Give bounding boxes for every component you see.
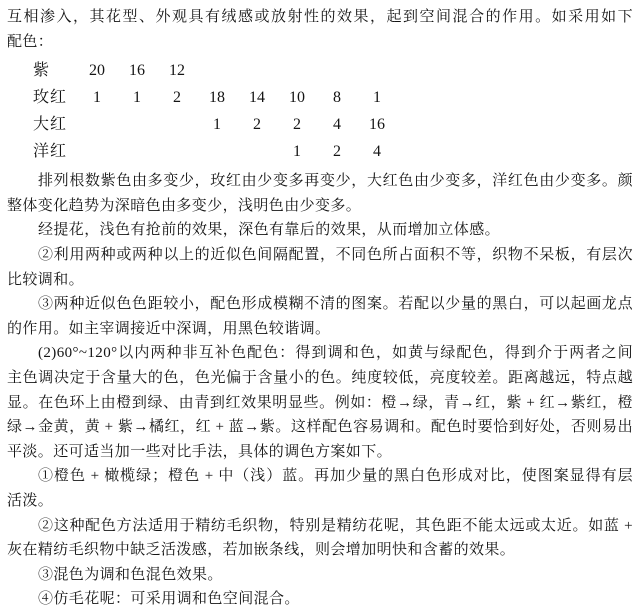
table-cell: 16 xyxy=(117,57,157,84)
table-cell: 20 xyxy=(77,57,117,84)
text-line: 显。在色环上由橙到绿、由青到红效果明显些。例如：橙→绿，青→红，紫 + 红→紫红… xyxy=(7,391,633,416)
table-cell: 2 xyxy=(237,111,277,138)
text-line: 的作用。如主宰调接近中深调，用黑色较谐调。 xyxy=(7,317,633,342)
color-ratio-table: 紫 20 16 12 玫红 1 1 2 18 14 10 8 1 大红 1 xyxy=(7,57,633,165)
row-label: 紫 xyxy=(33,57,77,84)
text-line: (2)60°~120°以内两种非互补色配色：得到调和色，如黄与绿配色，得到介于两… xyxy=(7,341,633,366)
text-line: ③两种近似色色距较小，配色形成模糊不清的图案。若配以少量的黑白，可以起画龙点睛 xyxy=(7,292,633,317)
table-cell: 2 xyxy=(317,138,357,165)
table-row: 大红 1 2 2 4 16 xyxy=(7,111,633,138)
text-line: 绿→金黄，黄 + 紫→橘红，红 + 蓝→紫。这样配色容易调和。配色时要恰到好处，… xyxy=(7,415,633,440)
text-line: 灰在精纺毛织物中缺乏活泼感，若加嵌条线，则会增加明快和含蓄的效果。 xyxy=(7,538,633,563)
table-cell: 8 xyxy=(317,84,357,111)
table-cell: 1 xyxy=(117,84,157,111)
text-line: 经提花，浅色有抢前的效果，深色有靠后的效果，从而增加立体感。 xyxy=(7,218,633,243)
table-cell: 1 xyxy=(197,111,237,138)
text-line: ①橙色 + 橄榄绿；橙色 + 中（浅）蓝。再加少量的黑白色形成对比，使图案显得有… xyxy=(7,464,633,489)
text-line: ②这种配色方法适用于精纺毛织物，特别是精纺花呢，其色距不能太远或太近。如蓝 + … xyxy=(7,514,633,539)
document-page: 互相渗入，其花型、外观具有绒感或放射性的效果，起到空间混合的作用。如采用如下 配… xyxy=(0,0,640,606)
row-label: 玫红 xyxy=(33,84,77,111)
table-cell: 1 xyxy=(277,138,317,165)
table-cell: 12 xyxy=(157,57,197,84)
text-line: 整体变化趋势为深暗色由多变少，浅明色由少变多。 xyxy=(7,194,633,219)
text-line: 活泼。 xyxy=(7,489,633,514)
table-cell: 4 xyxy=(357,138,397,165)
text-line: ③混色为调和色混色效果。 xyxy=(7,563,633,588)
text-line: 平淡。还可适当加一些对比手法，具体的调色方案如下。 xyxy=(7,440,633,465)
text-line: 互相渗入，其花型、外观具有绒感或放射性的效果，起到空间混合的作用。如采用如下 xyxy=(7,5,633,30)
row-label: 大红 xyxy=(33,111,77,138)
table-cell: 18 xyxy=(197,84,237,111)
table-cell: 2 xyxy=(277,111,317,138)
text-line: 配色： xyxy=(7,30,633,55)
table-row: 紫 20 16 12 xyxy=(7,57,633,84)
text-line: 比较调和。 xyxy=(7,268,633,293)
text-line: 主色调决定于含量大的色，色光偏于含量小的色。纯度较低，亮度较差。距离越远，特点越… xyxy=(7,366,633,391)
row-label: 洋红 xyxy=(33,138,77,165)
table-cell: 4 xyxy=(317,111,357,138)
table-row: 洋红 1 2 4 xyxy=(7,138,633,165)
text-line: ④仿毛花呢：可采用调和色空间混合。 xyxy=(7,587,633,606)
table-cell: 16 xyxy=(357,111,397,138)
table-cell: 1 xyxy=(77,84,117,111)
table-cell: 2 xyxy=(157,84,197,111)
table-cell: 1 xyxy=(357,84,397,111)
text-line: 排列根数紫色由多变少，玫红由少变多再变少，大红色由少变多，洋红色由少变多。颜色的 xyxy=(7,169,633,194)
text-line: ②利用两种或两种以上的近似色间隔配置，不同色所占面积不等，织物不呆板，有层次感， xyxy=(7,243,633,268)
table-row: 玫红 1 1 2 18 14 10 8 1 xyxy=(7,84,633,111)
table-cell: 14 xyxy=(237,84,277,111)
table-cell: 10 xyxy=(277,84,317,111)
